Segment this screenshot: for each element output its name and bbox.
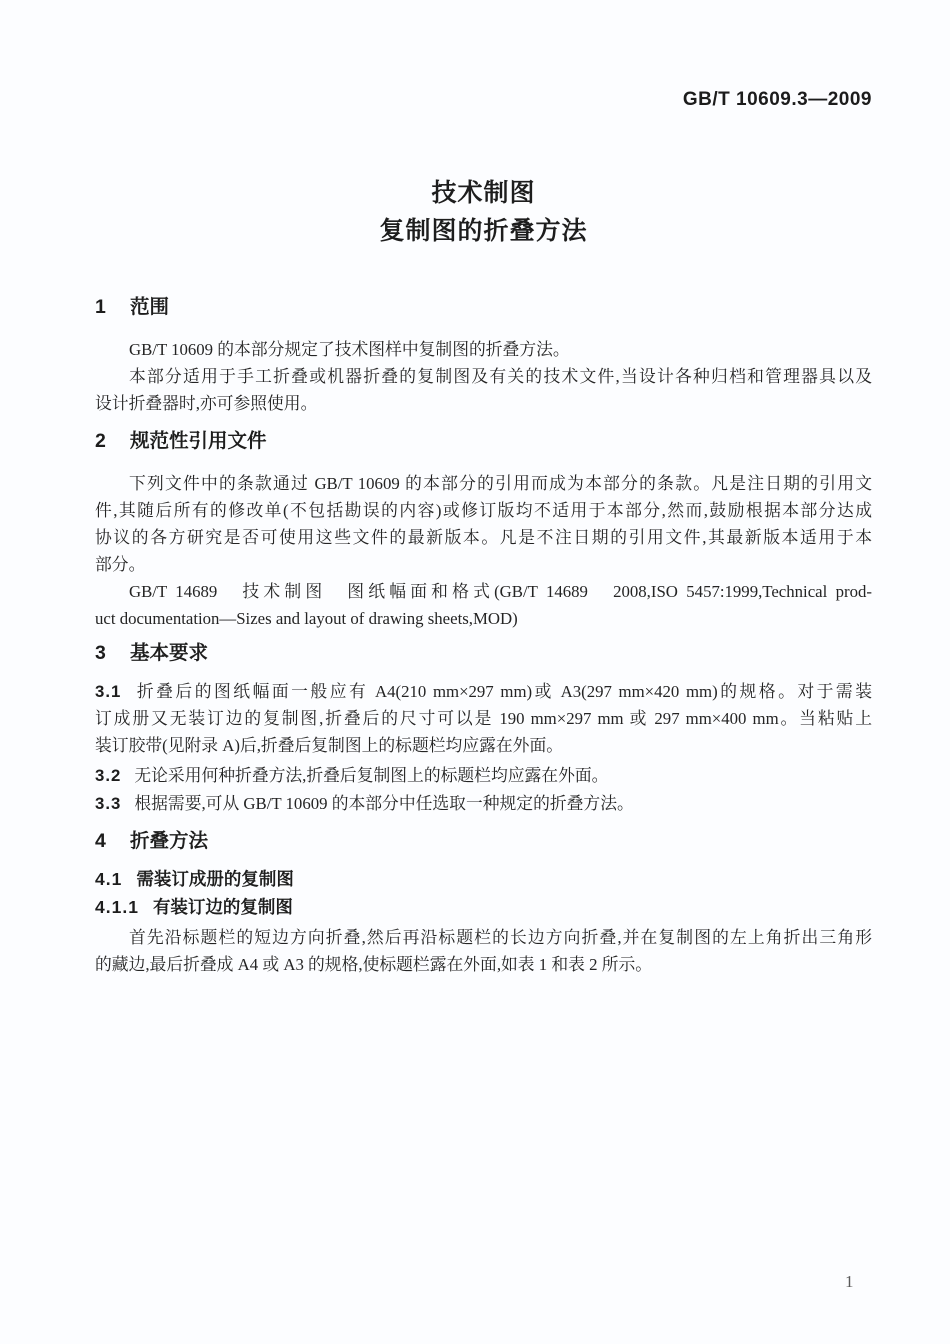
text-line-content: GB/T 10609 的本部分规定了技术图样中复制图的折叠方法。 <box>129 340 570 359</box>
document-body: 1范围GB/T 10609 的本部分规定了技术图样中复制图的折叠方法。本部分适用… <box>95 296 872 978</box>
clause-number: 3.2 <box>95 766 121 785</box>
section-title: 范围 <box>130 296 169 318</box>
document-title: 技术制图 复制图的折叠方法 <box>95 174 872 250</box>
document-content: GB/T 10609.3—2009 技术制图 复制图的折叠方法 1范围GB/T … <box>95 0 872 978</box>
text-line: 装订胶带(见附录 A)后,折叠后复制图上的标题栏均应露在外面。 <box>95 732 872 759</box>
text-line-content: 件,其随后所有的修改单(不包括勘误的内容)或修订版均不适用于本部分,然而,鼓励根… <box>95 501 872 520</box>
paragraph: 首先沿标题栏的短边方向折叠,然后再沿标题栏的长边方向折叠,并在复制图的左上角折出… <box>95 924 872 978</box>
text-line: 协议的各方研究是否可使用这些文件的最新版本。凡是不注日期的引用文件,其最新版本适… <box>95 524 872 551</box>
text-line: 订成册又无装订边的复制图,折叠后的尺寸可以是 190 mm×297 mm 或 2… <box>95 705 872 732</box>
text-line: GB/T 14689 技术制图 图纸幅面和格式(GB/T 14689 2008,… <box>95 578 872 605</box>
section-number: 2 <box>95 430 115 453</box>
text-line: 首先沿标题栏的短边方向折叠,然后再沿标题栏的长边方向折叠,并在复制图的左上角折出… <box>95 924 872 951</box>
clause-number: 3.3 <box>95 794 121 813</box>
section-heading: 4.1.1有装订边的复制图 <box>95 896 872 919</box>
document-title-line1: 技术制图 <box>95 174 872 212</box>
text-line-content: uct documentation—Sizes and layout of dr… <box>95 609 518 628</box>
text-line-content: 折叠后的图纸幅面一般应有 A4(210 mm×297 mm)或 A3(297 m… <box>134 682 872 701</box>
document-title-line2: 复制图的折叠方法 <box>95 212 872 250</box>
text-line-content: 的藏边,最后折叠成 A4 或 A3 的规格,使标题栏露在外面,如表 1 和表 2… <box>95 955 652 974</box>
section-heading: 2规范性引用文件 <box>95 430 872 453</box>
paragraph: GB/T 10609 的本部分规定了技术图样中复制图的折叠方法。 <box>95 336 872 363</box>
section-number: 3 <box>95 642 115 665</box>
text-line: 的藏边,最后折叠成 A4 或 A3 的规格,使标题栏露在外面,如表 1 和表 2… <box>95 951 872 978</box>
text-line: 本部分适用于手工折叠或机器折叠的复制图及有关的技术文件,当设计各种归档和管理器具… <box>95 363 872 390</box>
text-line: 3.2无论采用何种折叠方法,折叠后复制图上的标题栏均应露在外面。 <box>95 762 872 789</box>
text-line: 设计折叠器时,亦可参照使用。 <box>95 390 872 417</box>
section-heading: 4折叠方法 <box>95 830 872 853</box>
text-line-content: 无论采用何种折叠方法,折叠后复制图上的标题栏均应露在外面。 <box>134 766 608 785</box>
text-line: 3.3根据需要,可从 GB/T 10609 的本部分中任选取一种规定的折叠方法。 <box>95 790 872 817</box>
section-heading: 3基本要求 <box>95 642 872 665</box>
document-page: GB/T 10609.3—2009 技术制图 复制图的折叠方法 1范围GB/T … <box>0 0 950 1344</box>
text-line-content: 下列文件中的条款通过 GB/T 10609 的本部分的引用而成为本部分的条款。凡… <box>129 474 872 493</box>
page-number: 1 <box>845 1271 854 1293</box>
clause-number: 3.1 <box>95 682 121 701</box>
text-line-content: 订成册又无装订边的复制图,折叠后的尺寸可以是 190 mm×297 mm 或 2… <box>95 709 872 728</box>
section-number: 4 <box>95 830 115 853</box>
clause-paragraph: 3.3根据需要,可从 GB/T 10609 的本部分中任选取一种规定的折叠方法。 <box>95 790 872 817</box>
section-title: 基本要求 <box>130 642 208 664</box>
paragraph: 本部分适用于手工折叠或机器折叠的复制图及有关的技术文件,当设计各种归档和管理器具… <box>95 363 872 417</box>
paragraph: GB/T 14689 技术制图 图纸幅面和格式(GB/T 14689 2008,… <box>95 578 872 632</box>
section-title: 折叠方法 <box>130 830 208 852</box>
text-line: 下列文件中的条款通过 GB/T 10609 的本部分的引用而成为本部分的条款。凡… <box>95 470 872 497</box>
section-number: 4.1 <box>95 869 122 889</box>
section-number: 1 <box>95 296 115 319</box>
text-line: uct documentation—Sizes and layout of dr… <box>95 605 872 632</box>
clause-paragraph: 3.1折叠后的图纸幅面一般应有 A4(210 mm×297 mm)或 A3(29… <box>95 678 872 759</box>
section-heading: 1范围 <box>95 296 872 319</box>
section-heading: 4.1需装订成册的复制图 <box>95 868 872 891</box>
text-line: 3.1折叠后的图纸幅面一般应有 A4(210 mm×297 mm)或 A3(29… <box>95 678 872 705</box>
section-number: 4.1.1 <box>95 897 139 917</box>
text-line-content: 装订胶带(见附录 A)后,折叠后复制图上的标题栏均应露在外面。 <box>95 736 563 755</box>
text-line-content: 设计折叠器时,亦可参照使用。 <box>95 394 317 413</box>
paragraph: 下列文件中的条款通过 GB/T 10609 的本部分的引用而成为本部分的条款。凡… <box>95 470 872 578</box>
section-title: 需装订成册的复制图 <box>136 869 294 889</box>
text-line: 部分。 <box>95 551 872 578</box>
text-line-content: 部分。 <box>95 555 145 574</box>
text-line-content: GB/T 14689 技术制图 图纸幅面和格式(GB/T 14689 2008,… <box>129 582 872 601</box>
section-title: 有装订边的复制图 <box>153 897 293 917</box>
section-title: 规范性引用文件 <box>130 430 267 452</box>
text-line-content: 根据需要,可从 GB/T 10609 的本部分中任选取一种规定的折叠方法。 <box>134 794 633 813</box>
standard-number: GB/T 10609.3—2009 <box>95 88 872 112</box>
clause-paragraph: 3.2无论采用何种折叠方法,折叠后复制图上的标题栏均应露在外面。 <box>95 762 872 789</box>
text-line-content: 首先沿标题栏的短边方向折叠,然后再沿标题栏的长边方向折叠,并在复制图的左上角折出… <box>129 928 872 947</box>
text-line-content: 协议的各方研究是否可使用这些文件的最新版本。凡是不注日期的引用文件,其最新版本适… <box>95 528 872 547</box>
text-line-content: 本部分适用于手工折叠或机器折叠的复制图及有关的技术文件,当设计各种归档和管理器具… <box>129 367 872 386</box>
text-line: 件,其随后所有的修改单(不包括勘误的内容)或修订版均不适用于本部分,然而,鼓励根… <box>95 497 872 524</box>
text-line: GB/T 10609 的本部分规定了技术图样中复制图的折叠方法。 <box>95 336 872 363</box>
